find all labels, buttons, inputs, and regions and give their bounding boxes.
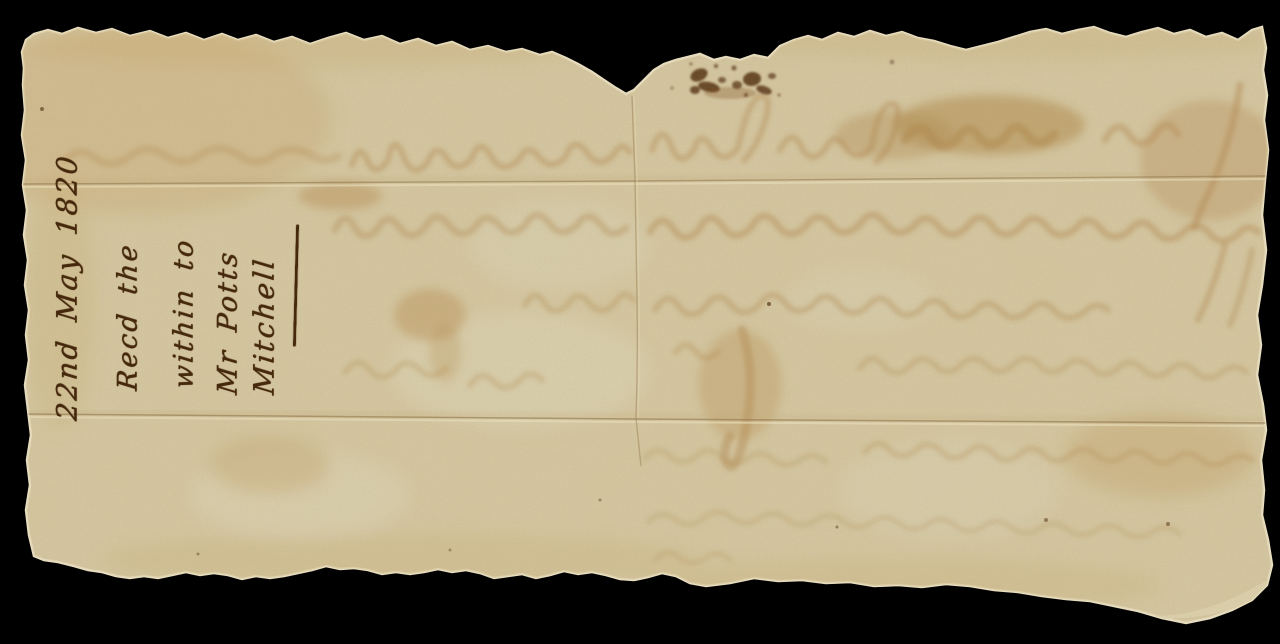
endorsement-line-recd: Recd the xyxy=(115,178,143,392)
endorsement-line-date: 22nd May 1820 xyxy=(53,178,83,422)
endorsement-line-name-2: Mitchell xyxy=(251,178,279,396)
document-photo-scene: 22nd May 1820 Recd the within to Mr Pott… xyxy=(0,0,1280,644)
flourish-underline xyxy=(293,224,299,346)
endorsement-text-block: 22nd May 1820 Recd the within to Mr Pott… xyxy=(45,180,315,425)
endorsement-line-within-to: within to xyxy=(171,178,199,390)
endorsement-line-name-1: Mr Potts xyxy=(215,178,243,396)
